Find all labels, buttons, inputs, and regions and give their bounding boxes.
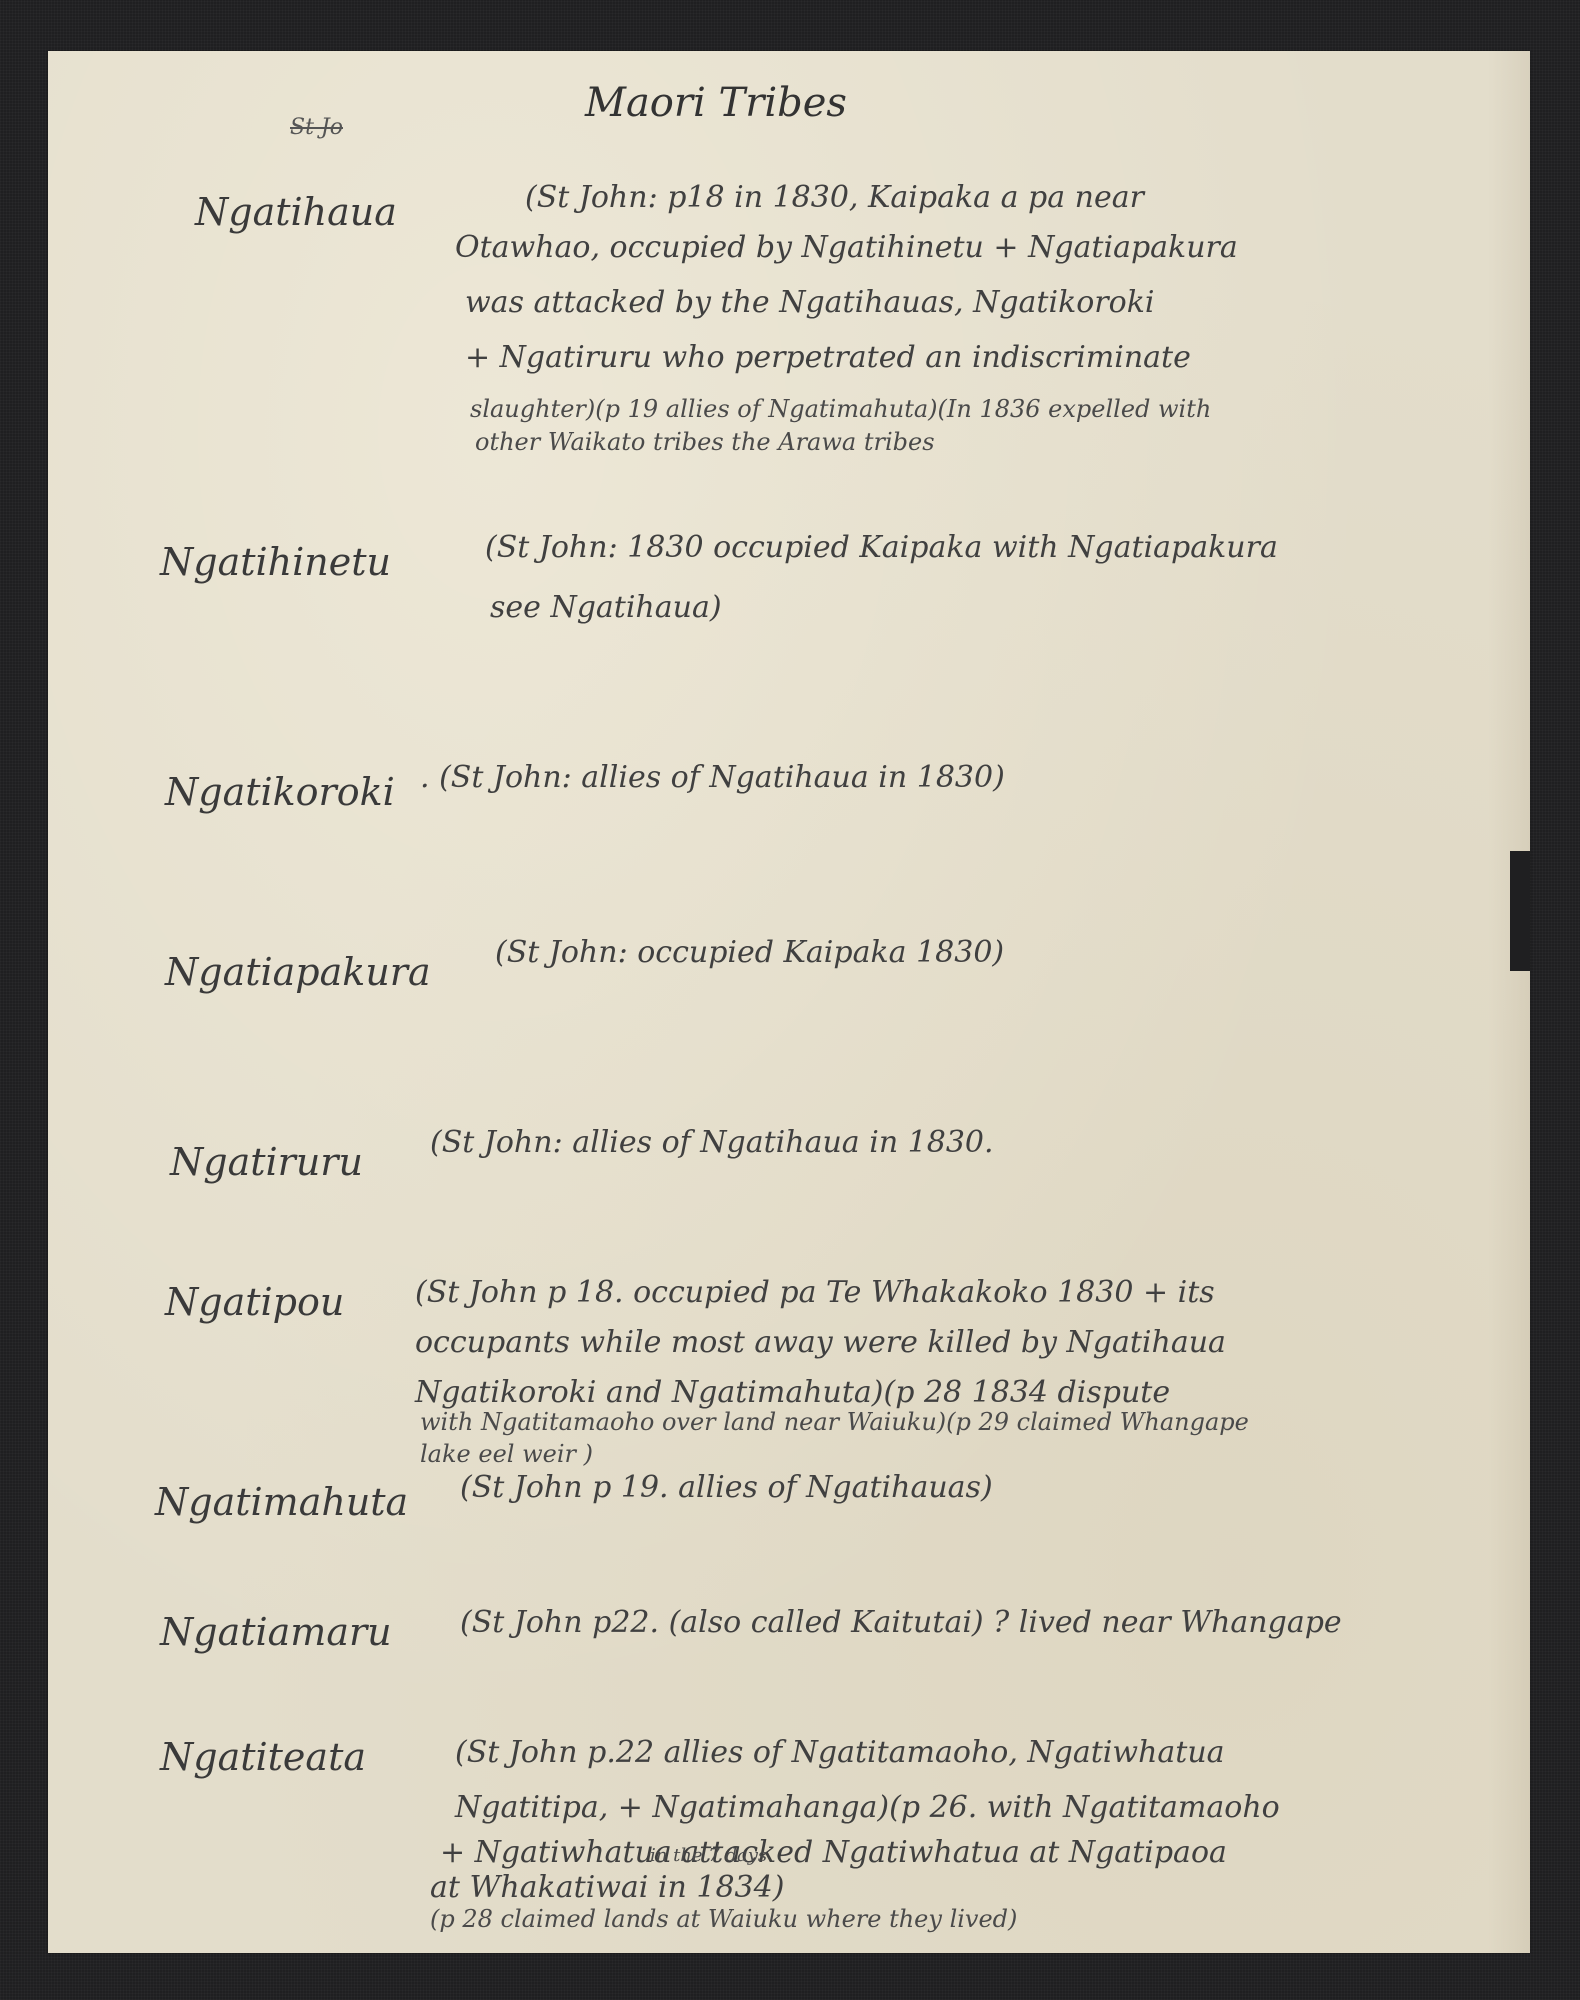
entry-line: with Ngatitamaoho over land near Waiuku)… — [420, 1408, 1249, 1436]
entry-line: . (St John: allies of Ngatihaua in 1830) — [420, 760, 1005, 795]
paper-fold-edge — [1488, 51, 1530, 1953]
entry-line: (St John p.22 allies of Ngatitamaoho, Ng… — [455, 1735, 1225, 1770]
struck-heading: St Jo — [290, 115, 343, 140]
entry-line: (St John: p18 in 1830, Kaipaka a pa near — [525, 180, 1144, 215]
tribe-name-ngatihaua: Ngatihaua — [195, 190, 397, 234]
entry-line: slaughter)(p 19 allies of Ngatimahuta)(I… — [470, 395, 1211, 423]
entry-line: (St John: allies of Ngatihaua in 1830. — [430, 1125, 994, 1160]
entry-line: (St John p 18. occupied pa Te Whakakoko … — [415, 1275, 1215, 1310]
entry-line: lake eel weir ) — [420, 1440, 593, 1468]
entry-line: + Ngatiruru who perpetrated an indiscrim… — [465, 340, 1191, 375]
entry-line: Ngatikoroki and Ngatimahuta)(p 28 1834 d… — [415, 1375, 1170, 1410]
paper-tear-notch — [1510, 851, 1530, 971]
manuscript-page — [48, 51, 1530, 1953]
entry-line: (St John: 1830 occupied Kaipaka with Nga… — [485, 530, 1278, 565]
tribe-name-ngatikoroki: Ngatikoroki — [165, 770, 395, 814]
entry-line: + Ngatiwhatua attacked Ngatiwhatua at Ng… — [440, 1835, 1227, 1870]
tribe-name-ngatiamaru: Ngatiamaru — [160, 1610, 392, 1654]
entry-line: Ngatitipa, + Ngatimahanga)(p 26. with Ng… — [455, 1790, 1280, 1825]
tribe-name-ngatipou: Ngatipou — [165, 1280, 344, 1324]
entry-line: occupants while most away were killed by… — [415, 1325, 1226, 1360]
tribe-name-ngatihinetu: Ngatihinetu — [160, 540, 391, 584]
entry-line: other Waikato tribes the Arawa tribes — [475, 428, 935, 456]
entry-line: (p 28 claimed lands at Waiuku where they… — [430, 1905, 1017, 1933]
tribe-name-ngatiapakura: Ngatiapakura — [165, 950, 431, 994]
tribe-name-ngatiruru: Ngatiruru — [170, 1140, 363, 1184]
entry-line: see Ngatihaua) — [490, 590, 722, 625]
tribe-name-ngatimahuta: Ngatimahuta — [155, 1480, 408, 1524]
entry-line: (St John p 19. allies of Ngatihauas) — [460, 1470, 993, 1505]
entry-line: was attacked by the Ngatihauas, Ngatikor… — [465, 285, 1155, 320]
page-title: Maori Tribes — [585, 80, 847, 126]
tribe-name-ngatiteata: Ngatiteata — [160, 1735, 366, 1779]
entry-line: (St John: occupied Kaipaka 1830) — [495, 935, 1004, 970]
entry-line: (St John p22. (also called Kaitutai) ? l… — [460, 1605, 1342, 1640]
interlinear-note: in the 7 days — [650, 1845, 767, 1866]
entry-line: Otawhao, occupied by Ngatihinetu + Ngati… — [455, 230, 1238, 265]
entry-line: at Whakatiwai in 1834) — [430, 1870, 784, 1905]
